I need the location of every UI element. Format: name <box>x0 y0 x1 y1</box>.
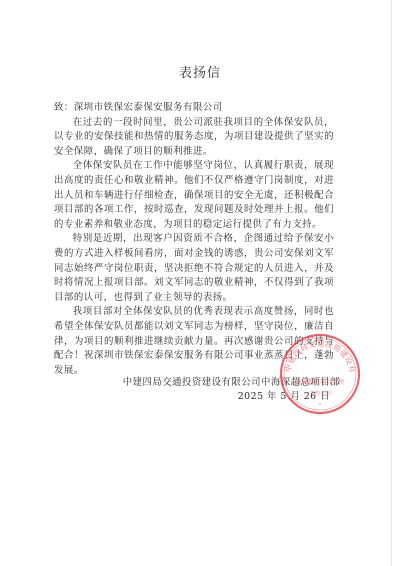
stamp-inner-text: 深湾超总项目工程 <box>296 378 344 386</box>
stamp-bottom-text: （签约专用） <box>305 390 335 397</box>
letter-title: 表扬信 <box>0 62 400 81</box>
paragraph-1: 在过去的一段时间里，贵公司派驻我项目的全体保安队员，以专业的安保技能和热情的服务… <box>54 116 334 160</box>
salutation: 致：深圳市铁保宏泰保安服务有限公司 <box>54 101 334 116</box>
page-edge <box>391 0 392 566</box>
official-seal-stamp-icon: 中建四局交通投资建设有限公司 深湾超总项目工程 （签约专用） <box>278 332 362 416</box>
paragraph-3: 特别是近期，出现客户因资质不合格，企图通过给予保安小费的方式进入样板间看房，面对… <box>54 232 334 305</box>
paragraph-2: 全体保安队员在工作中能够坚守岗位，认真履行职责，展现出高度的责任心和敬业精神。他… <box>54 159 334 232</box>
